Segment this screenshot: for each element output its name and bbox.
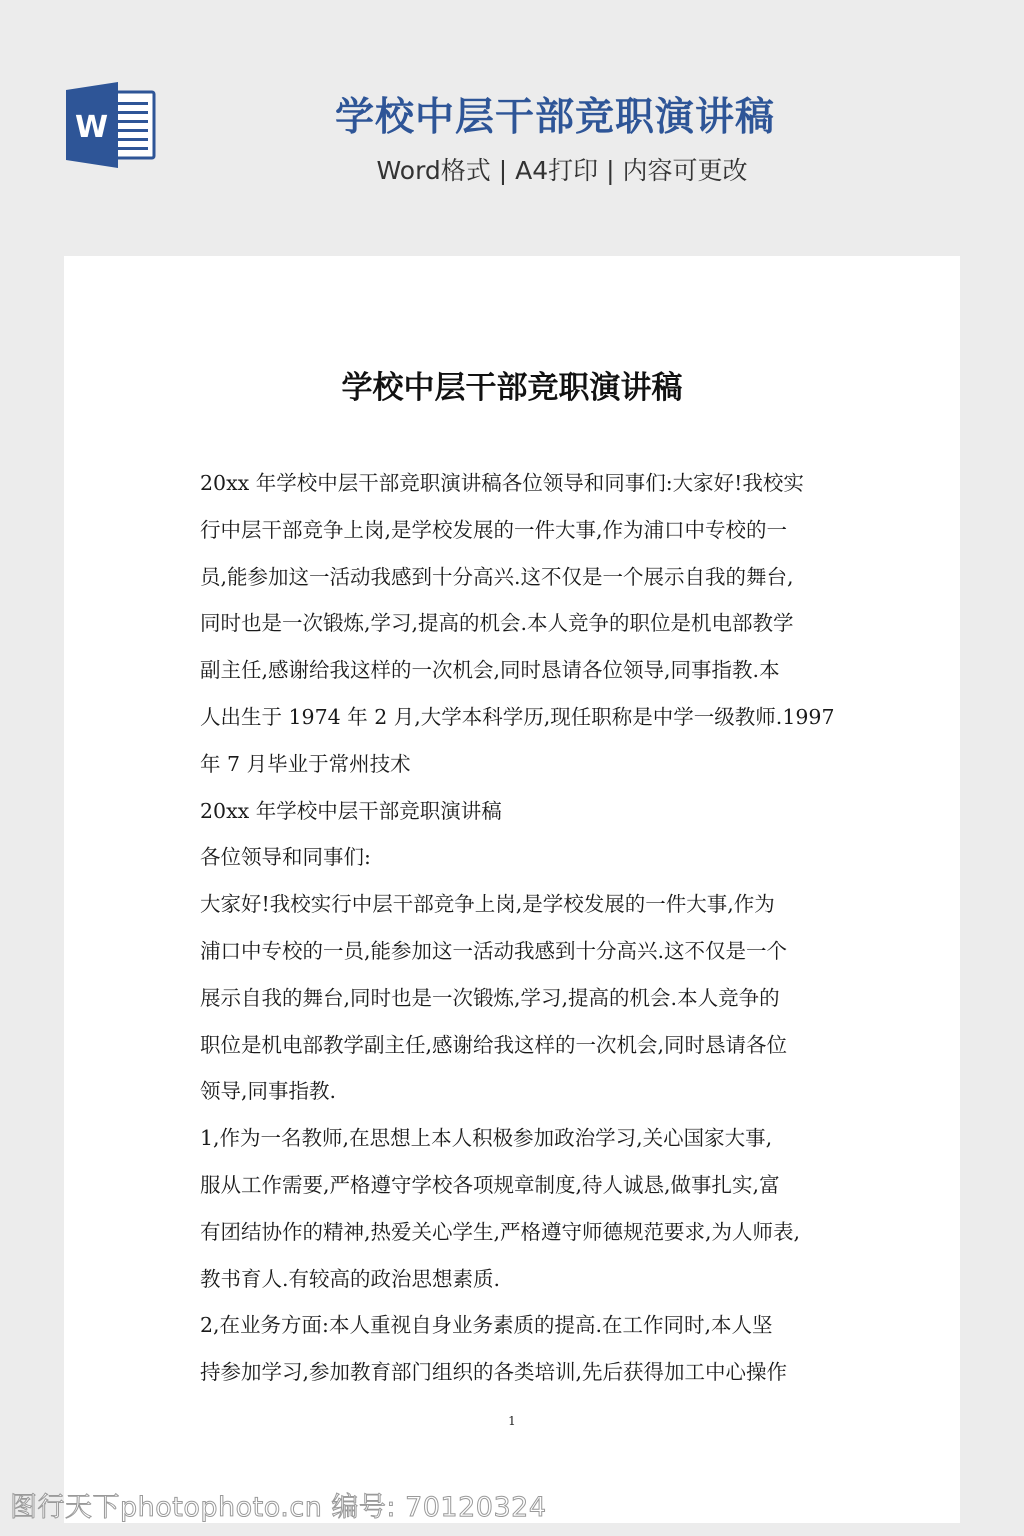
header-title: 学校中层干部竞职演讲稿 <box>0 94 1024 142</box>
document-body: 20xx 年学校中层干部竞职演讲稿各位领导和同事们:大家好!我校实 行中层干部竞… <box>200 460 830 1396</box>
body-line: 各位领导和同事们: <box>200 834 830 881</box>
body-line: 展示自我的舞台,同时也是一次锻炼,学习,提高的机会.本人竞争的 <box>200 975 830 1022</box>
header-subtitle: Word格式 | A4打印 | 内容可更改 <box>0 153 1024 189</box>
document-title: 学校中层干部竞职演讲稿 <box>0 366 1024 410</box>
body-line: 年 7 月毕业于常州技术 <box>200 741 830 788</box>
body-line: 有团结协作的精神,热爱关心学生,严格遵守师德规范要求,为人师表, <box>200 1209 830 1256</box>
header-banner: W 学校中层干部竞职演讲稿 Word格式 | A4打印 | 内容可更改 <box>0 0 1024 256</box>
body-line: 人出生于 1974 年 2 月,大学本科学历,现任职称是中学一级教师.1997 <box>200 694 830 741</box>
body-line: 员,能参加这一活动我感到十分高兴.这不仅是一个展示自我的舞台, <box>200 554 830 601</box>
body-line: 教书育人.有较高的政治思想素质. <box>200 1256 830 1303</box>
body-line: 20xx 年学校中层干部竞职演讲稿各位领导和同事们:大家好!我校实 <box>200 460 830 507</box>
body-line: 服从工作需要,严格遵守学校各项规章制度,待人诚恳,做事扎实,富 <box>200 1162 830 1209</box>
body-line: 2,在业务方面:本人重视自身业务素质的提高.在工作同时,本人坚 <box>200 1302 830 1349</box>
body-line: 浦口中专校的一员,能参加这一活动我感到十分高兴.这不仅是一个 <box>200 928 830 975</box>
body-line: 1,作为一名教师,在思想上本人积极参加政治学习,关心国家大事, <box>200 1115 830 1162</box>
body-line: 持参加学习,参加教育部门组织的各类培训,先后获得加工中心操作 <box>200 1349 830 1396</box>
body-line: 领导,同事指教. <box>200 1068 830 1115</box>
body-line: 20xx 年学校中层干部竞职演讲稿 <box>200 788 830 835</box>
body-line: 行中层干部竞争上岗,是学校发展的一件大事,作为浦口中专校的一 <box>200 507 830 554</box>
body-line: 同时也是一次锻炼,学习,提高的机会.本人竞争的职位是机电部教学 <box>200 600 830 647</box>
page-number: 1 <box>0 1414 1024 1428</box>
body-line: 大家好!我校实行中层干部竞争上岗,是学校发展的一件大事,作为 <box>200 881 830 928</box>
body-line: 副主任,感谢给我这样的一次机会,同时恳请各位领导,同事指教.本 <box>200 647 830 694</box>
body-line: 职位是机电部教学副主任,感谢给我这样的一次机会,同时恳请各位 <box>200 1022 830 1069</box>
watermark: 图行天下photophoto.cn 编号: 70120324 <box>10 1488 547 1528</box>
